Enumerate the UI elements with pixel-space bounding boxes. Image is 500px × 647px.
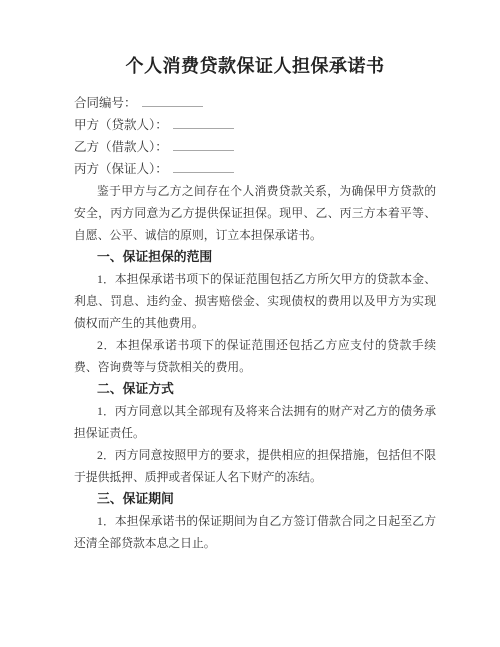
section-2-heading: 二、保证方式	[74, 378, 436, 400]
contract-number-label: 合同编号：	[74, 96, 137, 110]
contract-number-row: 合同编号：	[74, 92, 436, 114]
section-2-clause-1: 1．丙方同意以其全部现有及将来合法拥有的财产对乙方的债务承担保证责任。	[74, 400, 436, 444]
section-2-clause-2: 2．丙方同意按照甲方的要求，提供相应的担保措施，包括但不限于提供抵押、质押或者保…	[74, 444, 436, 488]
party-b-label: 乙方（借款人）：	[74, 140, 168, 154]
party-b-row: 乙方（借款人）：	[74, 136, 436, 158]
party-c-label: 丙方（保证人）：	[74, 162, 168, 176]
party-c-row: 丙方（保证人）：	[74, 158, 436, 180]
document-page: 个人消费贷款保证人担保承诺书 合同编号： 甲方（贷款人）： 乙方（借款人）： 丙…	[0, 0, 500, 647]
party-a-label: 甲方（贷款人）：	[74, 118, 168, 132]
meta-fields: 合同编号： 甲方（贷款人）： 乙方（借款人）： 丙方（保证人）：	[74, 92, 436, 180]
section-1-clause-2: 2．本担保承诺书项下的保证范围还包括乙方应支付的贷款手续费、咨询费等与贷款相关的…	[74, 334, 436, 378]
party-c-blank	[173, 161, 234, 173]
party-a-blank	[173, 117, 234, 129]
preamble-paragraph: 鉴于甲方与乙方之间存在个人消费贷款关系，为确保甲方贷款的安全，丙方同意为乙方提供…	[74, 180, 436, 246]
section-1-clause-1: 1．本担保承诺书项下的保证范围包括乙方所欠甲方的贷款本金、利息、罚息、违约金、损…	[74, 268, 436, 334]
section-3-clause-1: 1．本担保承诺书的保证期间为自乙方签订借款合同之日起至乙方还清全部贷款本息之日止…	[74, 510, 436, 554]
section-3-heading: 三、保证期间	[74, 488, 436, 510]
document-title: 个人消费贷款保证人担保承诺书	[74, 52, 436, 80]
section-1-heading: 一、保证担保的范围	[74, 246, 436, 268]
contract-number-blank	[142, 95, 203, 107]
party-b-blank	[173, 139, 234, 151]
party-a-row: 甲方（贷款人）：	[74, 114, 436, 136]
